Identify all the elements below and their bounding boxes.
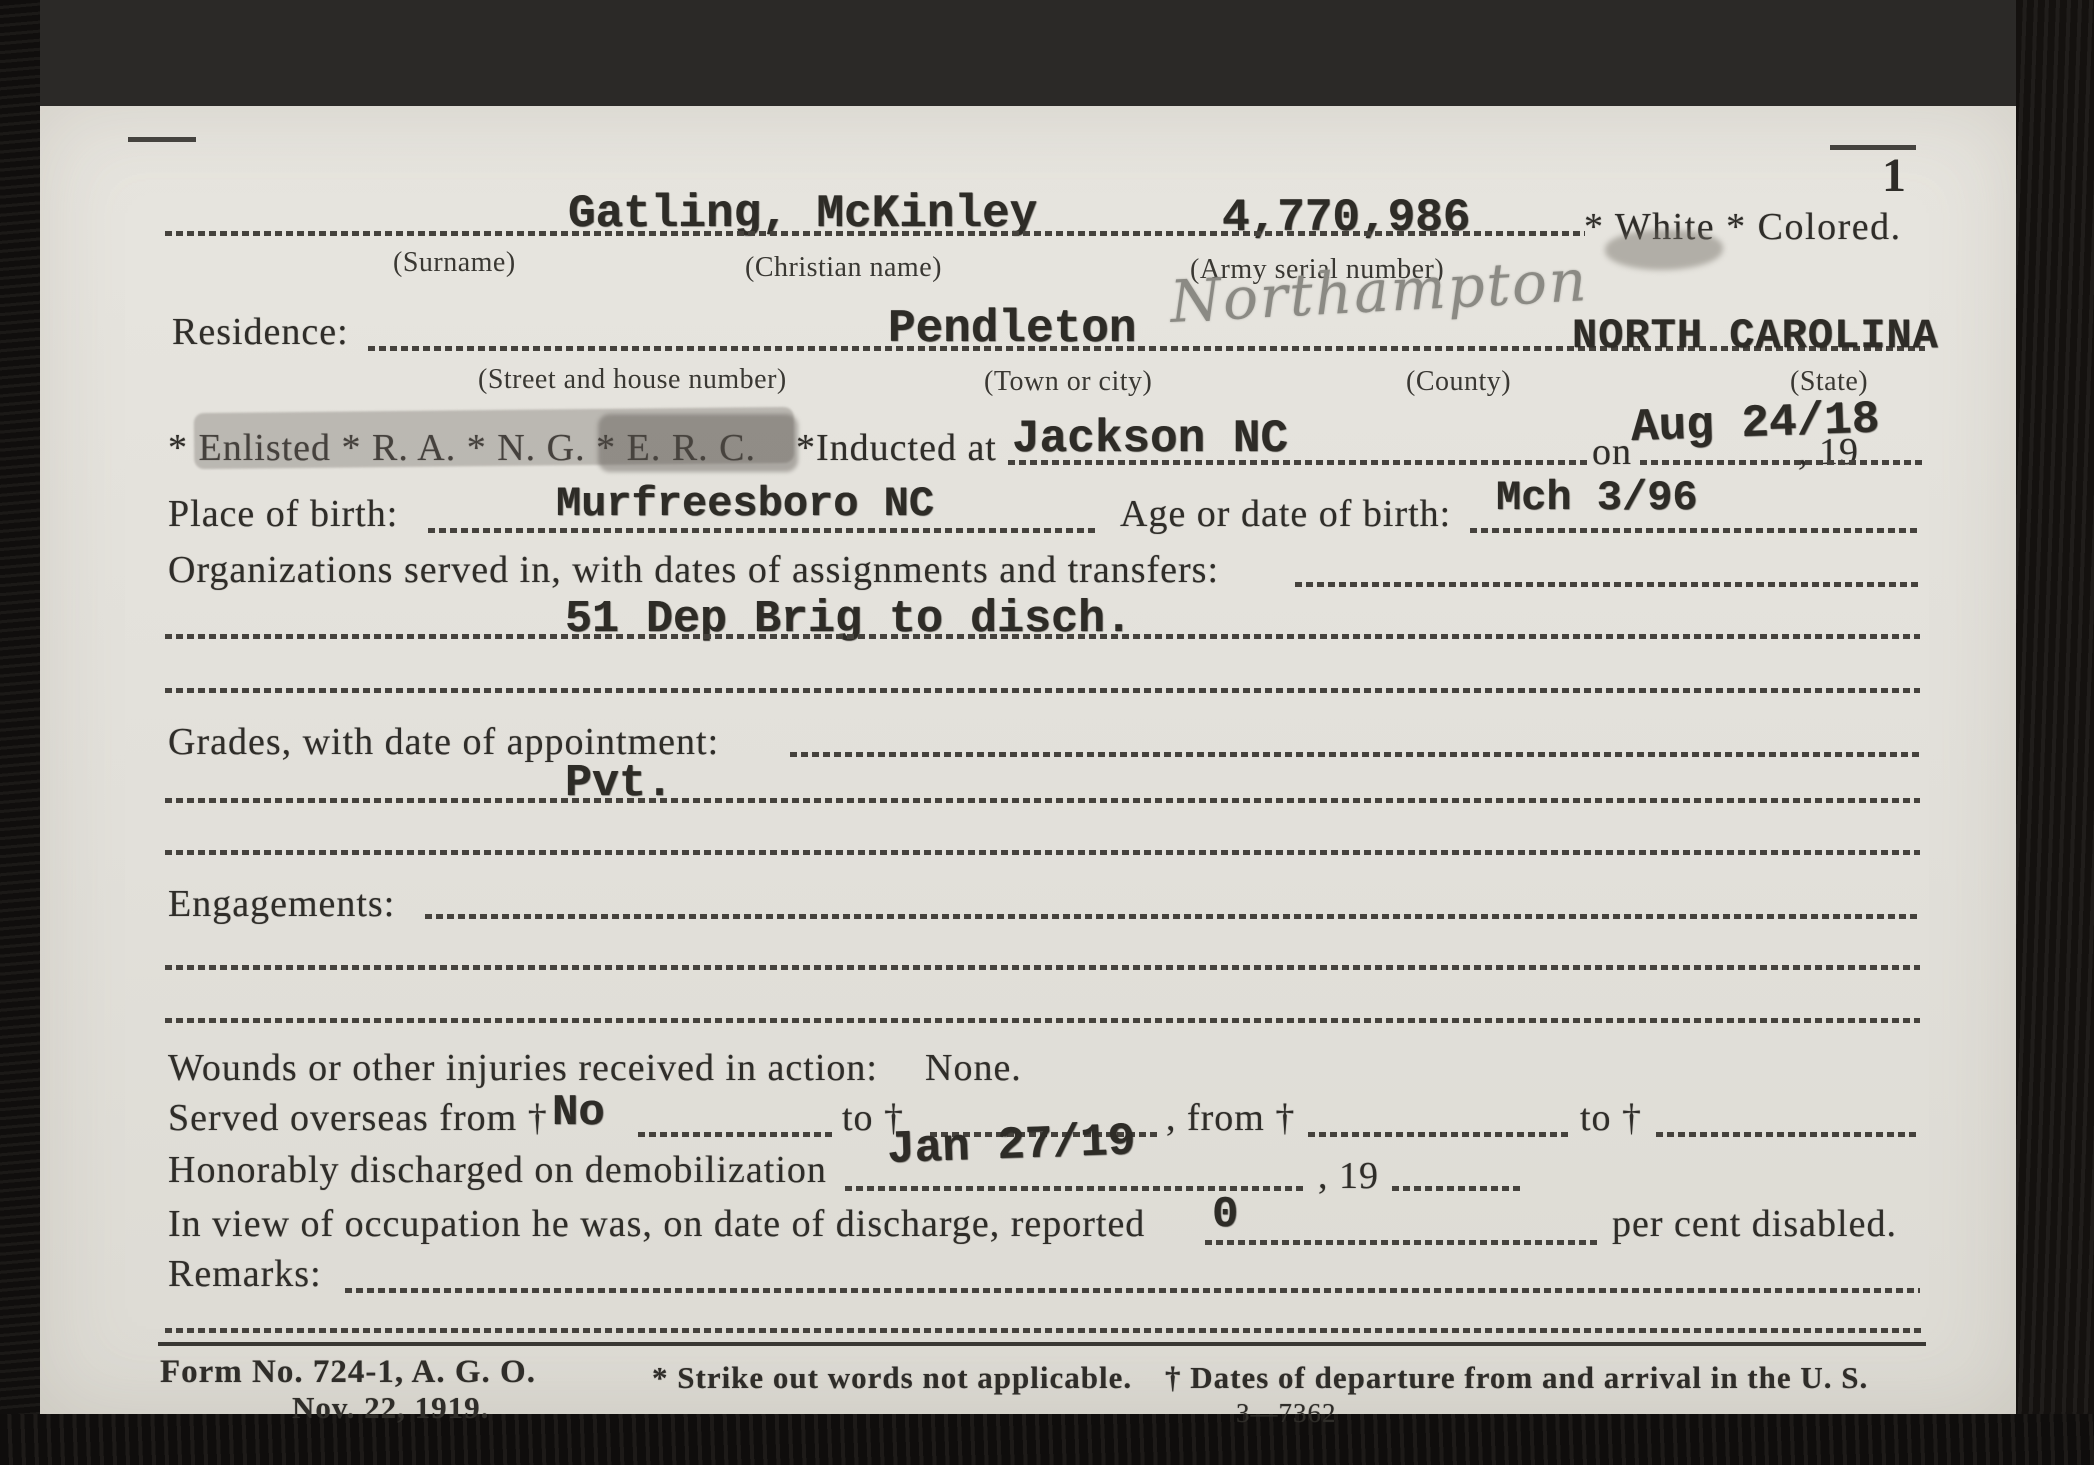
label-surname: (Surname) <box>393 247 516 279</box>
overseas-to-label-2: to † <box>1580 1096 1642 1140</box>
inducted-at-label: *Inducted at <box>796 426 997 470</box>
label-christian-name: (Christian name) <box>745 252 942 284</box>
age-or-birthdate-label: Age or date of birth: <box>1120 492 1451 536</box>
wounds-label: Wounds or other injuries received in act… <box>168 1046 878 1090</box>
typed-serial-value: 4,770,986 <box>1222 192 1470 244</box>
scan-left-edge <box>0 0 40 1465</box>
dotted-overseas-3 <box>1308 1132 1570 1137</box>
dotted-line-organizations-1 <box>165 634 1920 639</box>
place-of-birth-label: Place of birth: <box>168 492 398 536</box>
dotted-leader-engagements <box>425 914 1920 919</box>
dotted-leader-induction-date <box>1640 460 1922 465</box>
organizations-label: Organizations served in, with dates of a… <box>168 548 1219 592</box>
corner-mark-left <box>128 137 196 142</box>
dotted-overseas-1 <box>638 1132 833 1137</box>
discharge-year-suffix: , 19 <box>1318 1154 1379 1198</box>
form-number: Form No. 724-1, A. G. O. <box>160 1354 536 1391</box>
dotted-overseas-4 <box>1656 1132 1920 1137</box>
form-date: Nov. 22, 1919. <box>292 1390 489 1426</box>
bottom-rule <box>158 1342 1926 1346</box>
dotted-leader-remarks <box>345 1288 1920 1293</box>
dotted-discharge-year <box>1392 1186 1522 1191</box>
dotted-line-grades-2 <box>165 850 1920 855</box>
dotted-line-bottom <box>165 1328 1923 1333</box>
typed-inducted-place: Jackson NC <box>1012 413 1288 465</box>
label-county: (County) <box>1406 366 1511 398</box>
dotted-disability <box>1205 1240 1597 1245</box>
typed-birthplace: Murfreesboro NC <box>556 480 934 528</box>
dotted-line-grades-1 <box>165 798 1920 803</box>
dotted-leader-organizations <box>1295 582 1920 587</box>
disability-prefix: In view of occupation he was, on date of… <box>168 1202 1145 1246</box>
residence-label: Residence: <box>172 310 349 354</box>
scanned-service-card-page: 1 Gatling, McKinley 4,770,986 * White * … <box>0 0 2094 1465</box>
typed-induction-date: Aug 24/18 <box>1630 393 1880 454</box>
dotted-leader-birthplace <box>428 528 1096 533</box>
typed-disability-percent: 0 <box>1212 1190 1238 1240</box>
on-label: on <box>1592 430 1632 474</box>
strike-out-note: * Strike out words not applicable. <box>652 1360 1132 1396</box>
dotted-line-organizations-2 <box>165 688 1920 693</box>
dotted-leader-inducted <box>1008 460 1588 465</box>
overseas-from-label-2: , from † <box>1166 1096 1295 1140</box>
discharge-label: Honorably discharged on demobilization <box>168 1148 827 1192</box>
disability-suffix: per cent disabled. <box>1612 1202 1897 1246</box>
scan-right-edge <box>2016 0 2094 1465</box>
race-options: * White * Colored. <box>1584 205 1902 249</box>
dotted-line-engagements-1 <box>165 965 1920 970</box>
scan-top-band <box>38 0 2018 108</box>
typed-birthdate: Mch 3/96 <box>1496 474 1698 522</box>
dotted-leader-birthdate <box>1470 528 1920 533</box>
typed-town-value: Pendleton <box>888 303 1136 355</box>
typed-overseas-from: No <box>552 1088 605 1138</box>
page-number: 1 <box>1882 148 1906 203</box>
enlisted-options-text: * Enlisted * R. A. * N. G. * E. R. C. <box>168 426 756 470</box>
engagements-label: Engagements: <box>168 882 395 926</box>
dotted-leader-grades <box>790 752 1920 757</box>
label-street: (Street and house number) <box>478 364 787 396</box>
wounds-value: None. <box>925 1046 1022 1090</box>
dagger-note: † Dates of departure from and arrival in… <box>1165 1360 1868 1396</box>
typed-discharge-date: Jan 27/19 <box>886 1115 1136 1176</box>
dotted-line-engagements-2 <box>165 1018 1920 1023</box>
print-code: 3—7362 <box>1236 1398 1337 1429</box>
typed-state-value: NORTH CAROLINA <box>1572 312 1939 360</box>
dotted-leader-name <box>165 231 1585 236</box>
label-town-or-city: (Town or city) <box>984 366 1152 398</box>
overseas-prefix: Served overseas from † <box>168 1096 548 1140</box>
remarks-label: Remarks: <box>168 1252 322 1296</box>
